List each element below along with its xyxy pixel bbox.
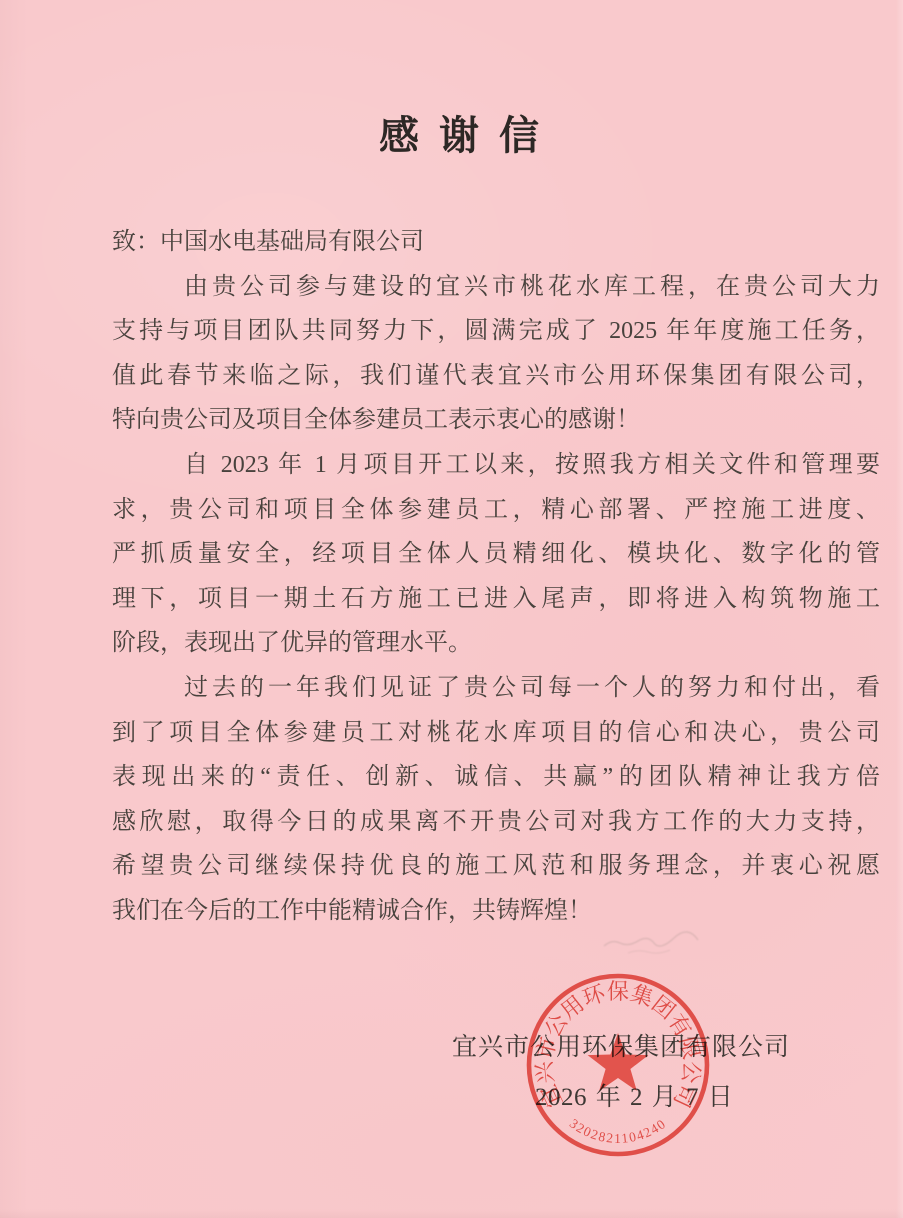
body-line: 表现出来的“责任、创新、诚信、共赢”的团队精神让我方倍 bbox=[112, 755, 880, 800]
smudge-stroke bbox=[628, 950, 670, 953]
scanned-letter-page: { "letter": { "title": "感 谢 信", "body_li… bbox=[0, 0, 903, 1218]
body-line: 求，贵公司和项目全体参建员工，精心部署、严控施工进度、 bbox=[112, 488, 880, 533]
salutation-line: 致：中国水电基础局有限公司 bbox=[112, 220, 880, 265]
company-seal: 宜兴市公用环保集团有限公司 3202821104240 bbox=[518, 965, 718, 1165]
seal-serial-container: 3202821104240 bbox=[567, 1116, 669, 1146]
body-line: 希望贵公司继续保持优良的施工风范和服务理念，并衷心祝愿 bbox=[112, 844, 880, 889]
seal-serial-number: 3202821104240 bbox=[567, 1116, 669, 1146]
body-line: 我们在今后的工作中能精诚合作，共铸辉煌！ bbox=[112, 889, 880, 934]
body-line: 值此春节来临之际，我们谨代表宜兴市公用环保集团有限公司， bbox=[112, 354, 880, 399]
letter-body: 致：中国水电基础局有限公司 由贵公司参与建设的宜兴市桃花水库工程，在贵公司大力 … bbox=[112, 220, 880, 934]
body-line: 特向贵公司及项目全体参建员工表示衷心的感谢！ bbox=[112, 398, 880, 443]
body-line: 理下，项目一期土石方施工已进入尾声，即将进入构筑物施工 bbox=[112, 577, 880, 622]
body-line: 自 2023 年 1 月项目开工以来，按照我方相关文件和管理要 bbox=[112, 443, 880, 488]
body-line: 由贵公司参与建设的宜兴市桃花水库工程，在贵公司大力 bbox=[112, 265, 880, 310]
body-line: 支持与项目团队共同努力下，圆满完成了 2025 年年度施工任务， bbox=[112, 309, 880, 354]
body-line: 感欣慰，取得今日的成果离不开贵公司对我方工作的大力支持， bbox=[112, 800, 880, 845]
letter-title: 感 谢 信 bbox=[0, 112, 903, 160]
body-line: 过去的一年我们见证了贵公司每一个人的努力和付出，看 bbox=[112, 666, 880, 711]
smudge-stroke bbox=[604, 932, 698, 946]
body-line: 严抓质量安全，经项目全体人员精细化、模块化、数字化的管 bbox=[112, 532, 880, 577]
body-line: 到了项目全体参建员工对桃花水库项目的信心和决心，贵公司 bbox=[112, 711, 880, 756]
body-line: 阶段，表现出了优异的管理水平。 bbox=[112, 621, 880, 666]
star-icon bbox=[588, 1033, 649, 1091]
ink-smudge-mark bbox=[598, 930, 708, 960]
